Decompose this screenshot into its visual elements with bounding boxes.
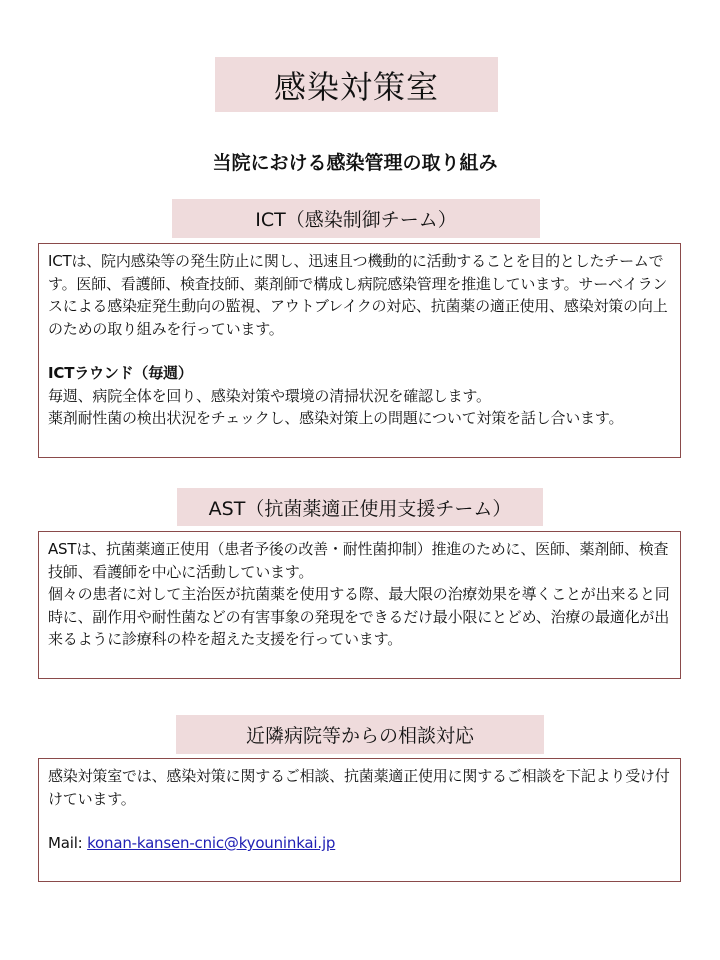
mail-link[interactable]: konan-kansen-cnic@kyouninkai.jp: [87, 834, 335, 852]
spacer: [48, 810, 672, 832]
ast-line1: ASTは、抗菌薬適正使用（患者予後の改善・耐性菌抑制）推進のために、医師、薬剤師…: [48, 538, 672, 583]
ict-round-title: ICTラウンド（毎週）: [48, 362, 672, 385]
mail-label: Mail:: [48, 834, 87, 852]
ast-section-header: AST（抗菌薬適正使用支援チーム）: [177, 488, 543, 526]
consultation-section-box: 感染対策室では、感染対策に関するご相談、抗菌薬適正使用に関するご相談を下記より受…: [38, 758, 681, 882]
consultation-text: 感染対策室では、感染対策に関するご相談、抗菌薬適正使用に関するご相談を下記より受…: [48, 765, 672, 810]
ict-round-line2: 薬剤耐性菌の検出状況をチェックし、感染対策上の問題について対策を話し合います。: [48, 407, 672, 430]
ast-line2: 個々の患者に対して主治医が抗菌薬を使用する際、最大限の治療効果を導くことが出来る…: [48, 583, 672, 651]
ict-section-box: ICTは、院内感染等の発生防止に関し、迅速且つ機動的に活動することを目的としたチ…: [38, 243, 681, 458]
consultation-section-header: 近隣病院等からの相談対応: [176, 715, 544, 754]
ict-intro-text: ICTは、院内感染等の発生防止に関し、迅速且つ機動的に活動することを目的としたチ…: [48, 250, 672, 340]
ict-round-line1: 毎週、病院全体を回り、感染対策や環境の清掃状況を確認します。: [48, 385, 672, 408]
ast-section-box: ASTは、抗菌薬適正使用（患者予後の改善・耐性菌抑制）推進のために、医師、薬剤師…: [38, 531, 681, 679]
mail-line: Mail: konan-kansen-cnic@kyouninkai.jp: [48, 832, 672, 855]
page-subtitle: 当院における感染管理の取り組み: [0, 148, 710, 175]
spacer: [48, 340, 672, 362]
ict-section-header: ICT（感染制御チーム）: [172, 199, 540, 238]
page-title: 感染対策室: [215, 57, 498, 112]
